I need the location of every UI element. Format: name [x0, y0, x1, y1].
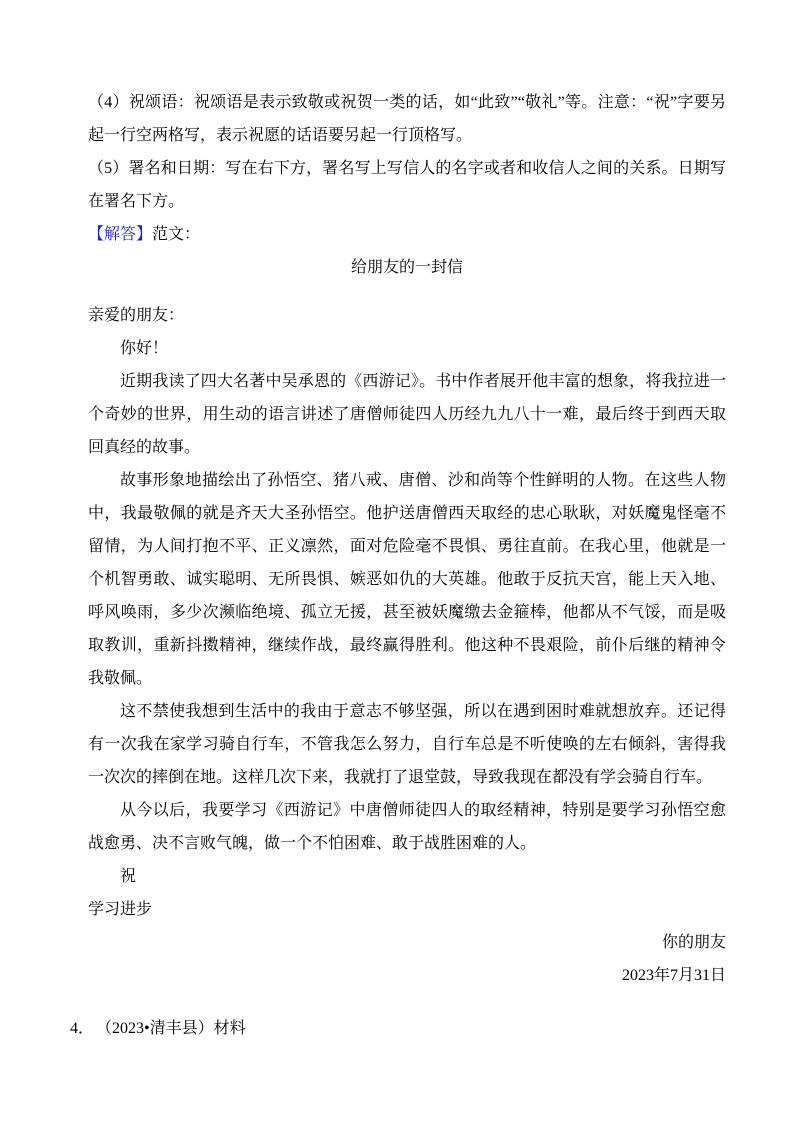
letter-date: 2023年7月31日	[88, 959, 726, 992]
letter-title: 给朋友的一封信	[88, 251, 726, 284]
question-number: 4．	[70, 1020, 94, 1037]
answer-intro-label: 范文：	[152, 226, 200, 243]
exam-answer-document: （4）祝颂语：祝颂语是表示致敬或祝贺一类的话，如“此致”“敬礼”等。注意：“祝”…	[88, 86, 726, 1045]
letter-salutation: 亲爱的朋友：	[88, 299, 726, 332]
letter-signature: 你的朋友	[88, 926, 726, 959]
answer-label: 【解答】	[88, 226, 152, 243]
letter-wish: 学习进步	[88, 893, 726, 926]
letter-paragraph: 这不禁使我想到生活中的我由于意志不够坚强，所以在遇到困时难就想放弃。还记得有一次…	[88, 695, 726, 794]
question-source-text: （2023•清丰县）材料	[104, 1020, 246, 1037]
instruction-item-5: （5）署名和日期：写在右下方，署名写上写信人的名字或者和收信人之间的关系。日期写…	[88, 152, 726, 218]
next-question-heading: 4．（2023•清丰县）材料	[70, 1012, 726, 1045]
document-page: （4）祝颂语：祝颂语是表示致敬或祝贺一类的话，如“此致”“敬礼”等。注意：“祝”…	[0, 0, 794, 1123]
answer-line: 【解答】范文：	[88, 218, 726, 251]
instruction-item-4: （4）祝颂语：祝颂语是表示致敬或祝贺一类的话，如“此致”“敬礼”等。注意：“祝”…	[88, 86, 726, 152]
letter-paragraph: 近期我读了四大名著中吴承恩的《西游记》。书中作者展开他丰富的想象，将我拉进一个奇…	[88, 365, 726, 464]
letter-paragraph: 故事形象地描绘出了孙悟空、猪八戒、唐僧、沙和尚等个性鲜明的人物。在这些人物中，我…	[88, 464, 726, 695]
letter-paragraph: 从今以后，我要学习《西游记》中唐僧师徒四人的取经精神，特别是要学习孙悟空愈战愈勇…	[88, 794, 726, 860]
letter-closing: 祝	[88, 860, 726, 893]
letter-greeting: 你好！	[88, 332, 726, 365]
